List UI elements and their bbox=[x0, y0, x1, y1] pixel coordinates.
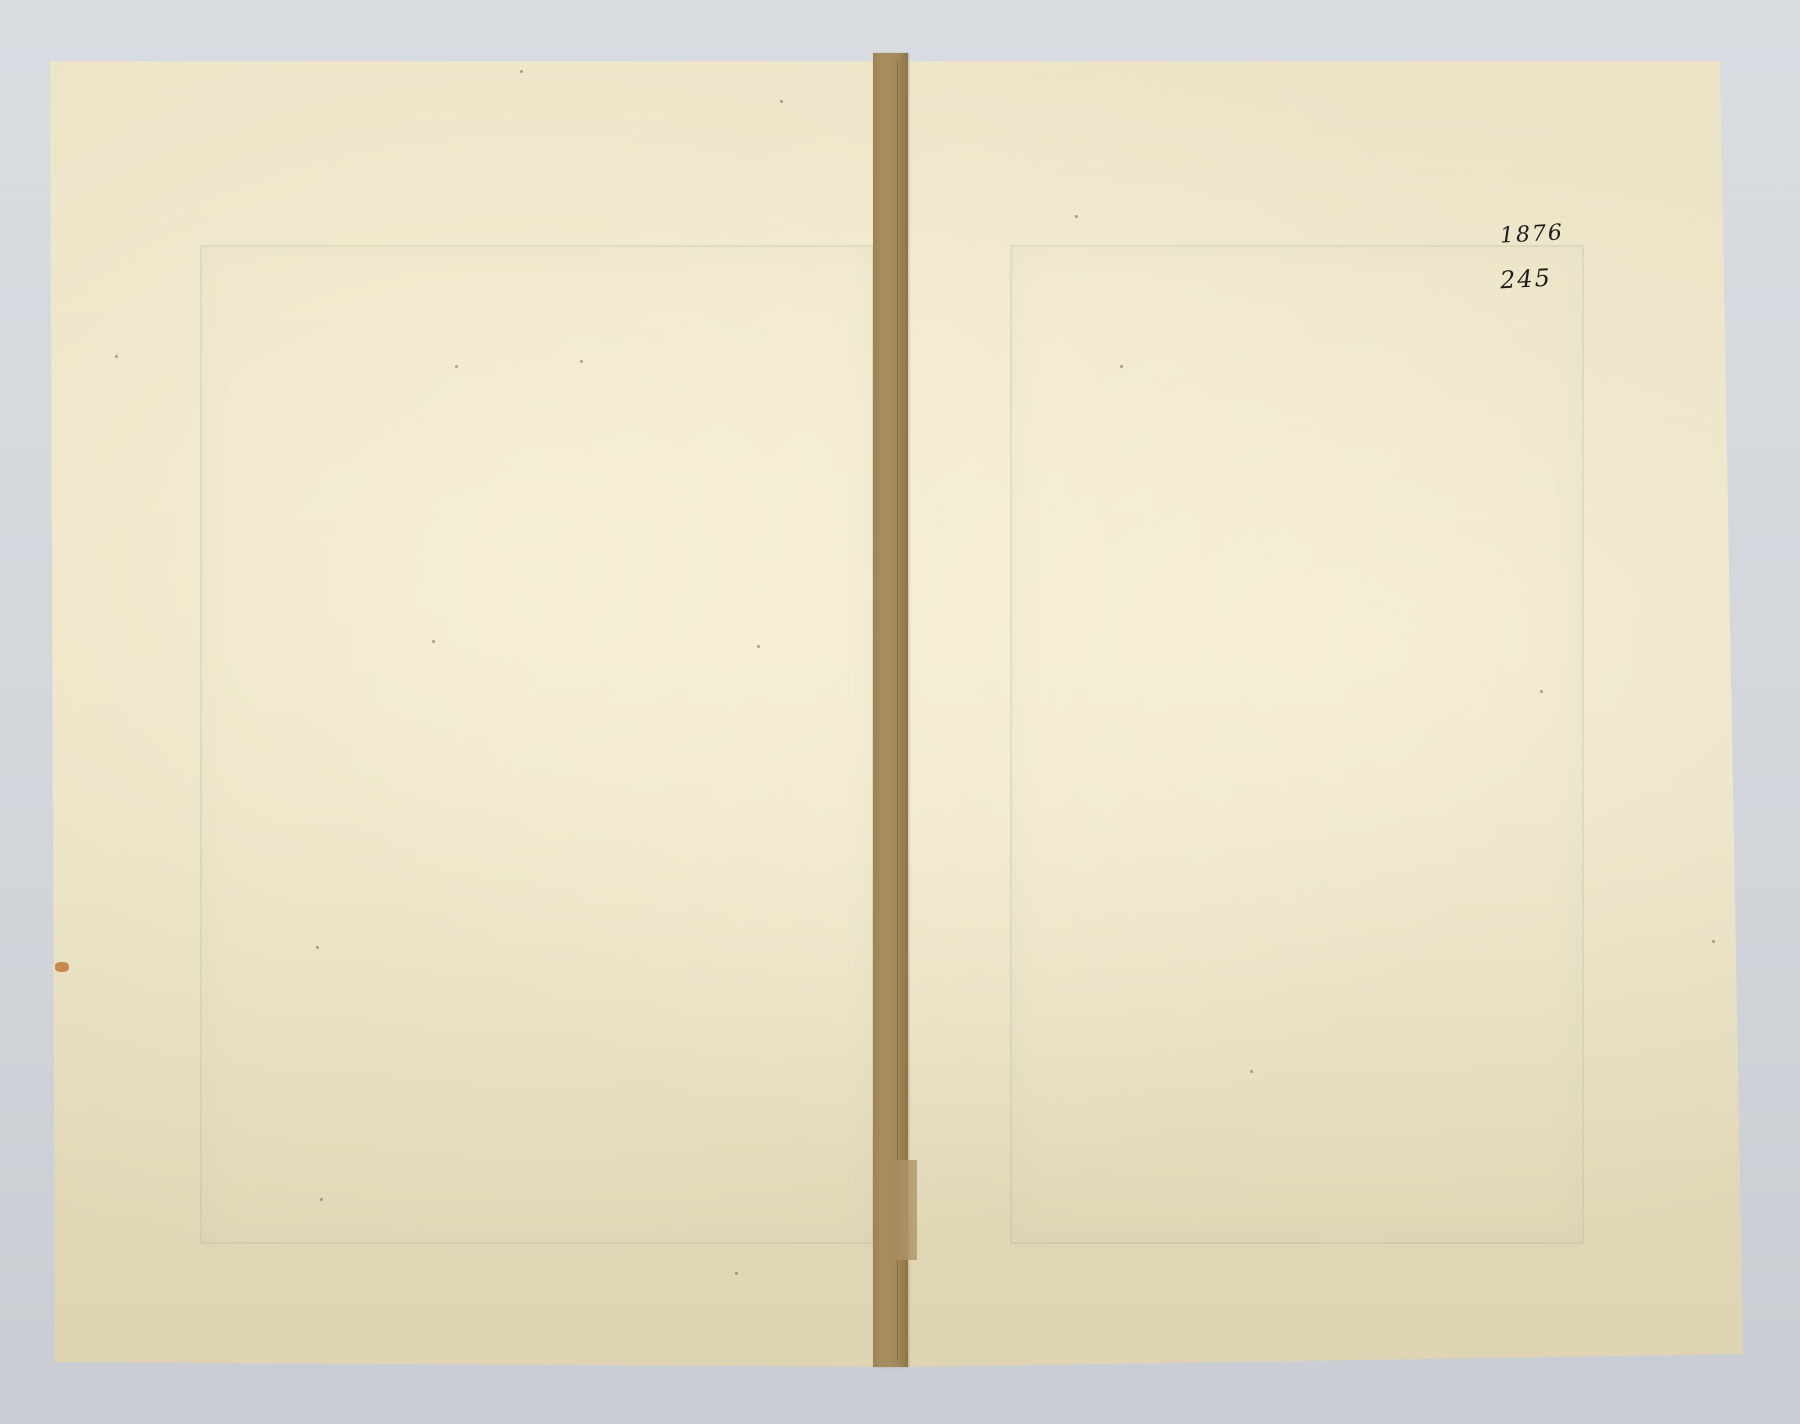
speck bbox=[320, 1198, 323, 1201]
speck bbox=[735, 1272, 738, 1275]
speck bbox=[780, 100, 783, 103]
hinge-tape-overlap bbox=[895, 1160, 917, 1260]
speck bbox=[1540, 690, 1543, 693]
rust-stain bbox=[55, 962, 69, 972]
speck bbox=[432, 640, 435, 643]
left-plate-mark bbox=[200, 245, 874, 1244]
handwritten-year: 1876 bbox=[1499, 220, 1564, 248]
speck bbox=[520, 70, 523, 73]
speck bbox=[1120, 365, 1123, 368]
speck bbox=[1712, 940, 1715, 943]
handwritten-number: 245 bbox=[1499, 264, 1552, 295]
speck bbox=[115, 355, 118, 358]
speck bbox=[455, 365, 458, 368]
speck bbox=[1250, 1070, 1253, 1073]
speck bbox=[580, 360, 583, 363]
speck bbox=[1075, 215, 1078, 218]
right-plate-mark bbox=[1010, 245, 1584, 1244]
photo-scene: 1876 245 bbox=[0, 0, 1800, 1424]
speck bbox=[757, 645, 760, 648]
speck bbox=[316, 946, 319, 949]
